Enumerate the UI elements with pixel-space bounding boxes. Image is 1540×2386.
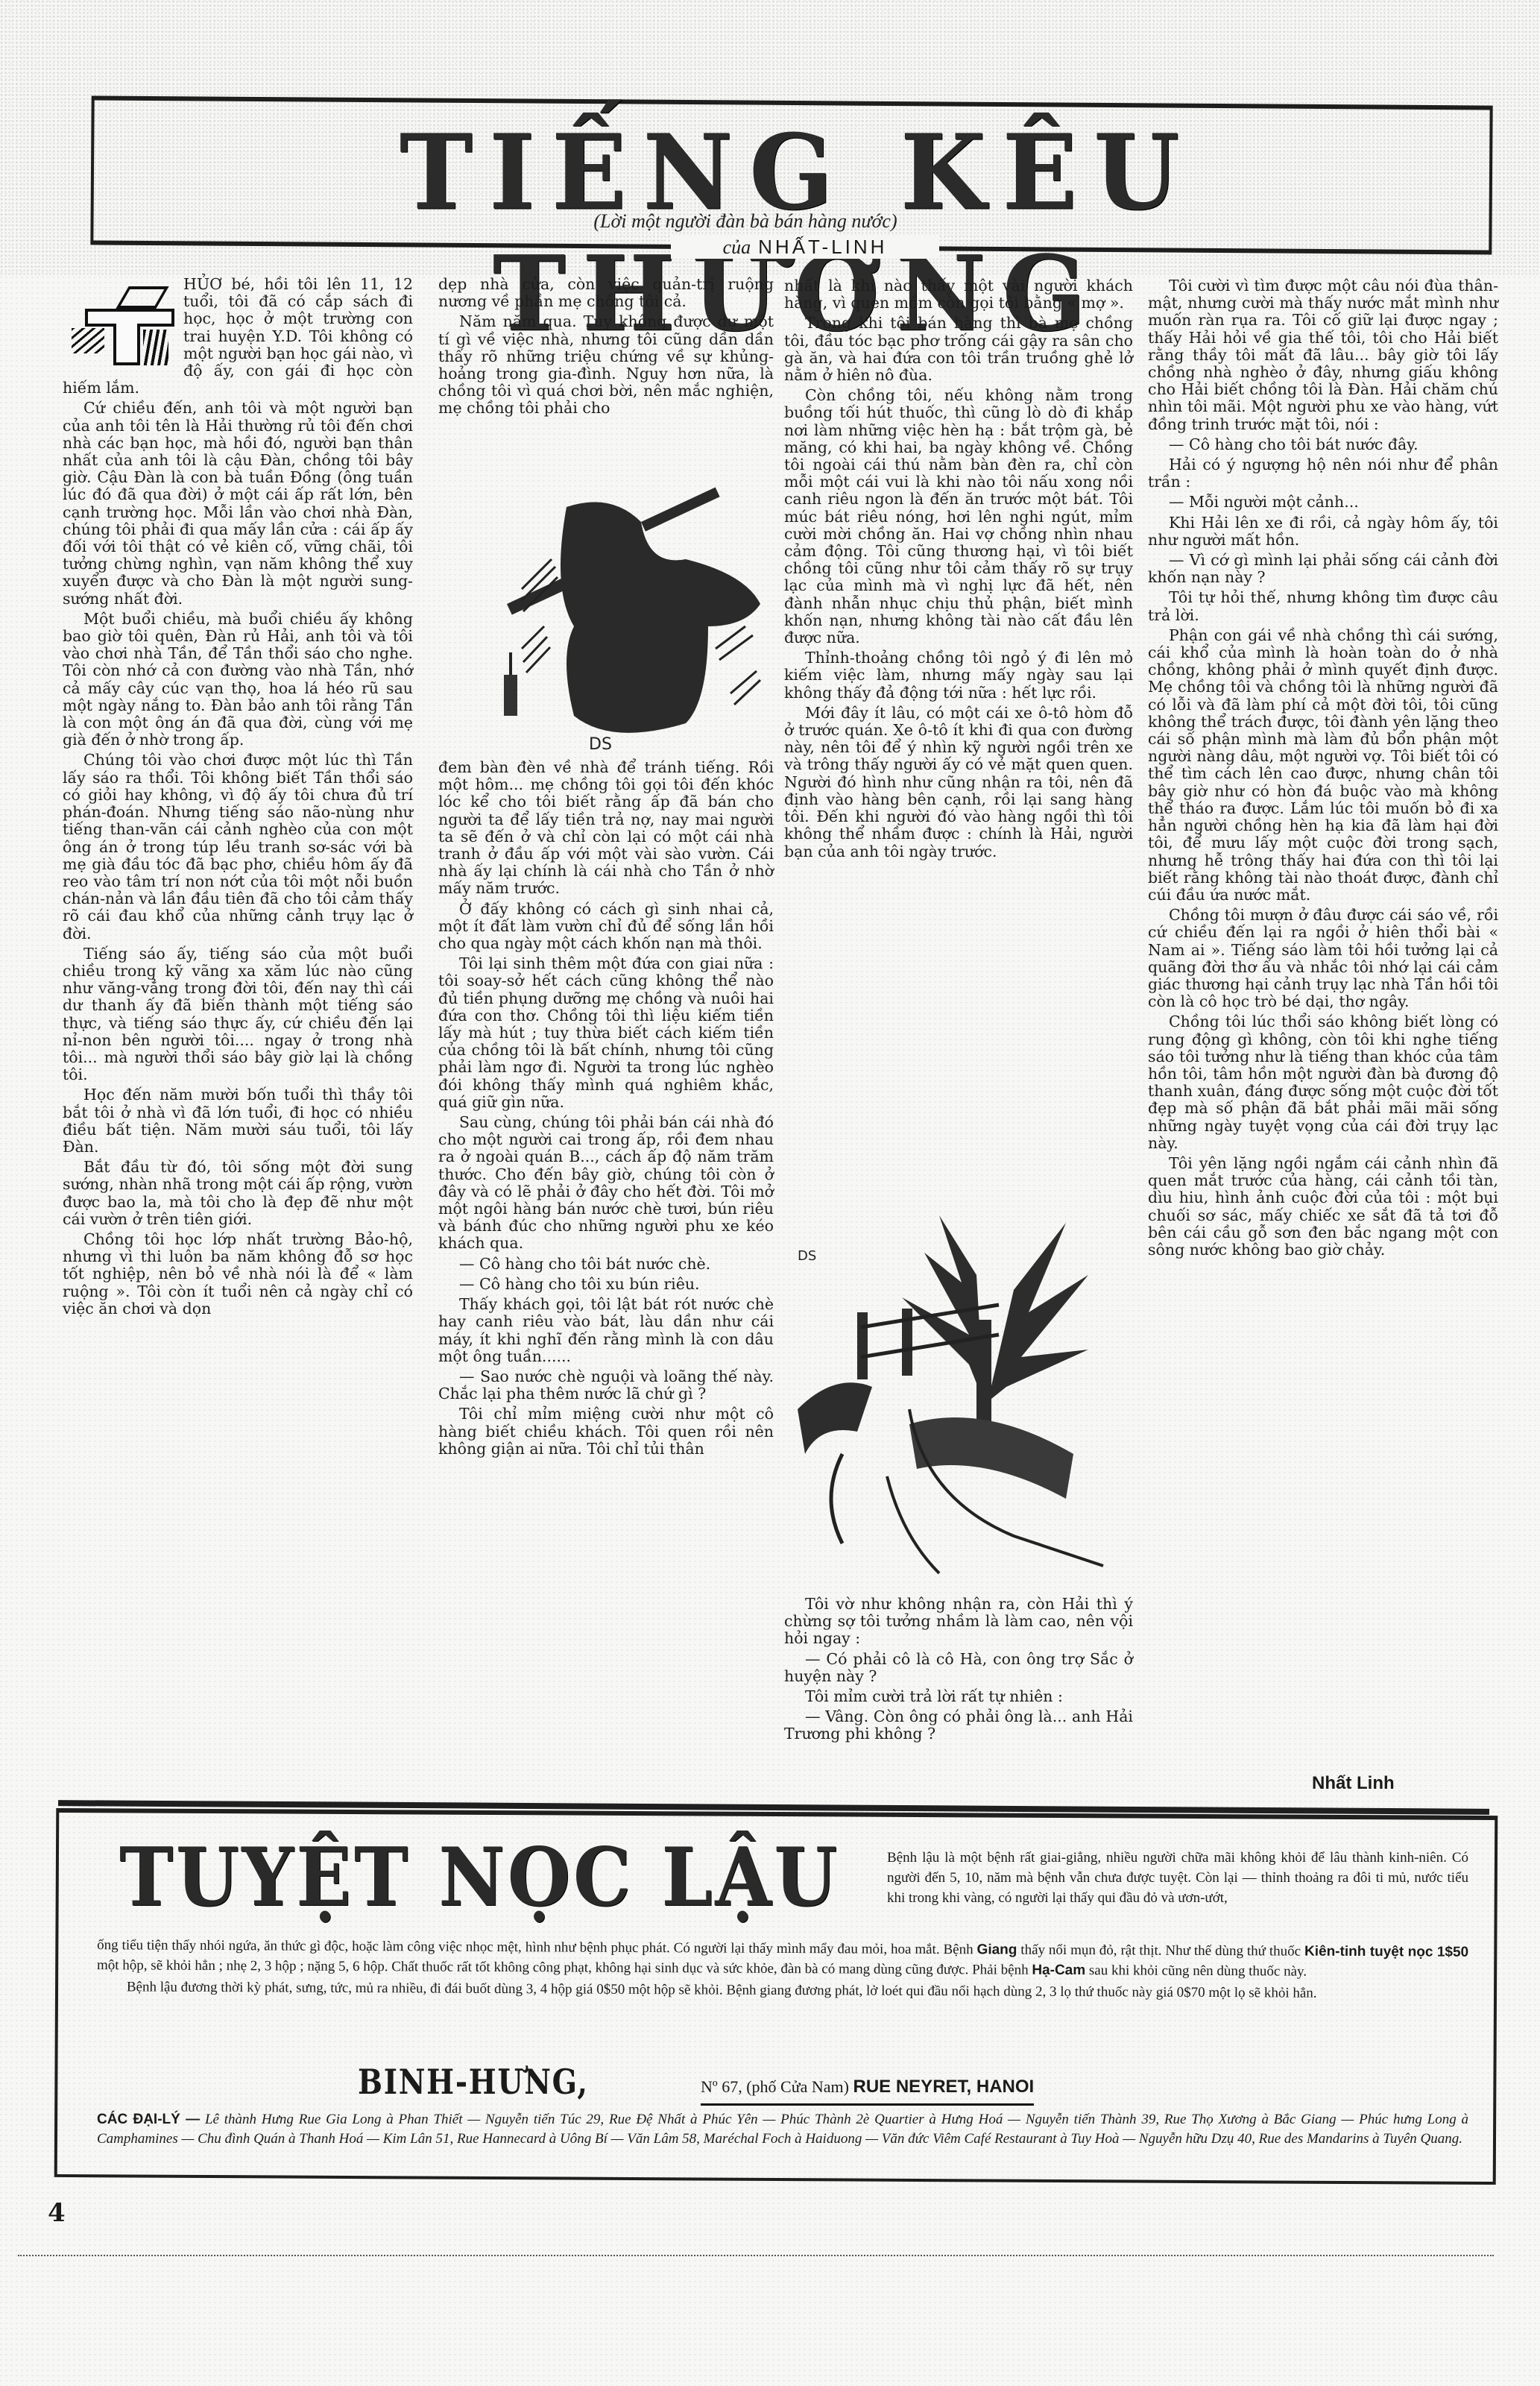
bottom-divider xyxy=(18,2255,1494,2256)
paragraph: dẹp nhà cửa, còn việc quản-trị ruộng nươ… xyxy=(438,276,774,310)
paragraph: Tôi tự hỏi thế, nhưng không tìm được câu… xyxy=(1148,589,1498,623)
paragraph: Tôi chỉ mỉm miệng cười như một cô hàng b… xyxy=(438,1406,774,1458)
ad-disease-label: Hạ-Cam xyxy=(1032,1962,1085,1978)
ad-intro-text: Bệnh lậu là một bệnh rất giai-giẳng, nhi… xyxy=(887,1848,1468,1908)
paragraph: Cứ chiều đến, anh tôi và một người bạn c… xyxy=(63,400,413,607)
dialogue-line: — Cô hàng cho tôi bát nước chè. xyxy=(438,1256,774,1273)
ad-body-text: sau khi khỏi cũng nên dùng thuốc này. xyxy=(1085,1962,1307,1980)
paragraph: nhất là khi nào thấy một vài người khách… xyxy=(784,277,1133,312)
ad-body: ống tiểu tiện thấy nhói ngứa, ăn thức gì… xyxy=(97,1935,1468,2004)
paragraph: Ở đấy không có cách gì sinh nhai cả, một… xyxy=(438,901,774,953)
paragraph: Hải có ý ngượng hộ nên nói như để phân t… xyxy=(1148,456,1498,491)
byline-prefix: của xyxy=(723,236,751,258)
ad-address-prefix: Nº 67, (phố Cửa Nam) xyxy=(701,2077,849,2096)
ad-product-name: Kiên-tinh tuyệt nọc 1$50 xyxy=(1304,1944,1468,1960)
paragraph: Tiếng sáo ấy, tiếng sáo của một buổi chi… xyxy=(63,945,413,1084)
dialogue-line: — Sao nước chè nguội và loãng thế này. C… xyxy=(438,1368,774,1403)
paragraph: Tôi yên lặng ngồi ngắm cái cảnh nhìn đã … xyxy=(1148,1155,1498,1259)
dialogue-line: — Cô hàng cho tôi xu bún riêu. xyxy=(438,1276,774,1293)
svg-text:DS: DS xyxy=(798,1248,816,1264)
ad-address-street: RUE NEYRET, HANOI xyxy=(853,2077,1035,2097)
paragraph: Bắt đầu từ đó, tôi sống một đời sung sướ… xyxy=(63,1159,413,1228)
article-column-3-top: nhất là khi nào thấy một vài người khách… xyxy=(784,277,1133,863)
dropcap-t-icon xyxy=(63,279,174,376)
paragraph: Chồng tôi học lớp nhất trường Bảo-hộ, nh… xyxy=(63,1231,413,1318)
ad-body-text: một hộp, sẽ khỏi hẳn ; nhẹ 2, 3 hộp ; nặ… xyxy=(97,1957,1032,1978)
paragraph: Phận con gái về nhà chồng thì cái sướng,… xyxy=(1148,627,1498,904)
ad-body-text: thấy nổi mụn đỏ, rật thịt. Như thế dùng … xyxy=(1017,1942,1304,1960)
ad-headline: TUYỆT NỌC LẬU xyxy=(119,1831,840,1924)
paragraph: Sau cùng, chúng tôi phải bán cái nhà đó … xyxy=(438,1114,774,1253)
ad-body-text: ống tiểu tiện thấy nhói ngứa, ăn thức gì… xyxy=(97,1937,973,1957)
paragraph: Học đến năm mười bốn tuổi thì thầy tôi b… xyxy=(63,1086,413,1156)
paragraph: Còn chồng tôi, nếu không nằm trong buồng… xyxy=(784,387,1133,646)
paragraph: Thỉnh-thoảng chồng tôi ngỏ ý đi lên mỏ k… xyxy=(784,649,1133,702)
paragraph: Chồng tôi lúc thổi sáo không biết lòng c… xyxy=(1148,1013,1498,1152)
author-name: NHẤT-LINH xyxy=(758,236,887,258)
newspaper-page: TIẾNG KÊU THƯƠNG (Lời một người đàn bà b… xyxy=(0,0,1540,2386)
paragraph: Chúng tôi vào chơi được một lúc thì Tần … xyxy=(63,752,413,942)
ad-brand-name: BINH-HƯNG, xyxy=(358,2062,589,2102)
paragraph: Một buổi chiều, mà buổi chiều ấy không b… xyxy=(63,611,413,749)
page-number: 4 xyxy=(48,2198,66,2228)
paragraph: Tôi cười vì tìm được một câu nói đùa thâ… xyxy=(1148,277,1498,433)
article-column-3-bottom: Tôi vờ như không nhận ra, còn Hải thì ý … xyxy=(784,1596,1133,1746)
ad-address: Nº 67, (phố Cửa Nam) RUE NEYRET, HANOI xyxy=(701,2077,1034,2106)
paragraph: đem bàn đèn về nhà để tránh tiếng. Rồi m… xyxy=(438,759,774,898)
ad-agents-text: Lê thành Hưng Rue Gia Long à Phan Thiết … xyxy=(97,2112,1468,2147)
article-column-2-bottom: đem bàn đèn về nhà để tránh tiếng. Rồi m… xyxy=(438,759,774,1461)
paragraph: Tôi lại sinh thêm một đứa con giai nữa :… xyxy=(438,955,774,1111)
article-subtitle: (Lời một người đàn bà bán hàng nước) xyxy=(522,210,969,233)
article-column-1: HỦƠ bé, hồi tôi lên 11, 12 tuổi, tôi đã … xyxy=(63,276,413,1321)
svg-text:DS: DS xyxy=(589,735,612,753)
dialogue-line: — Vì cớ gì mình lại phải sống cái cảnh đ… xyxy=(1148,552,1498,586)
dialogue-line: — Mỗi người một cảnh... xyxy=(1148,494,1498,511)
byline: củaNHẤT-LINH xyxy=(671,236,939,259)
illustration-opium-smoker-icon: DS xyxy=(462,477,775,753)
ad-disease-label: Giang xyxy=(977,1942,1017,1957)
paragraph: Tôi mỉm cười trả lời rất tự nhiên : xyxy=(784,1688,1133,1705)
paragraph: Thấy khách gọi, tôi lật bát rót nước chè… xyxy=(438,1296,774,1365)
article-column-4: Tôi cười vì tìm được một câu nói đùa thâ… xyxy=(1148,277,1498,1262)
paragraph: Trong khi tôi bán hàng thì bà mẹ chồng t… xyxy=(784,315,1133,384)
paragraph: Chồng tôi mượn ở đâu được cái sáo về, rồ… xyxy=(1148,907,1498,1010)
paragraph: Tôi vờ như không nhận ra, còn Hải thì ý … xyxy=(784,1596,1133,1648)
paragraph: Khi Hải lên xe đi rồi, cả ngày hôm ấy, t… xyxy=(1148,514,1498,549)
ad-agents-list: CÁC ĐẠI-LÝ — Lê thành Hưng Rue Gia Long … xyxy=(97,2110,1468,2149)
paragraph: Mới đây ít lâu, có một cái xe ô-tô hòm đ… xyxy=(784,705,1133,860)
article-column-2-top: dẹp nhà cửa, còn việc quản-trị ruộng nươ… xyxy=(438,276,774,421)
ad-agents-label: CÁC ĐẠI-LÝ — xyxy=(97,2112,200,2127)
dialogue-line: — Có phải cô là cô Hà, con ông trợ Sắc ở… xyxy=(784,1651,1133,1685)
dialogue-line: — Cô hàng cho tôi bát nước đây. xyxy=(1148,436,1498,453)
dialogue-line: — Vâng. Còn ông có phải ông là... anh Hả… xyxy=(784,1708,1133,1743)
author-signature: Nhất Linh xyxy=(1312,1773,1395,1794)
paragraph: Năm năm qua. Tuy không được dự một tí gì… xyxy=(438,313,774,417)
illustration-banana-tree-icon: DS xyxy=(790,1186,1118,1581)
